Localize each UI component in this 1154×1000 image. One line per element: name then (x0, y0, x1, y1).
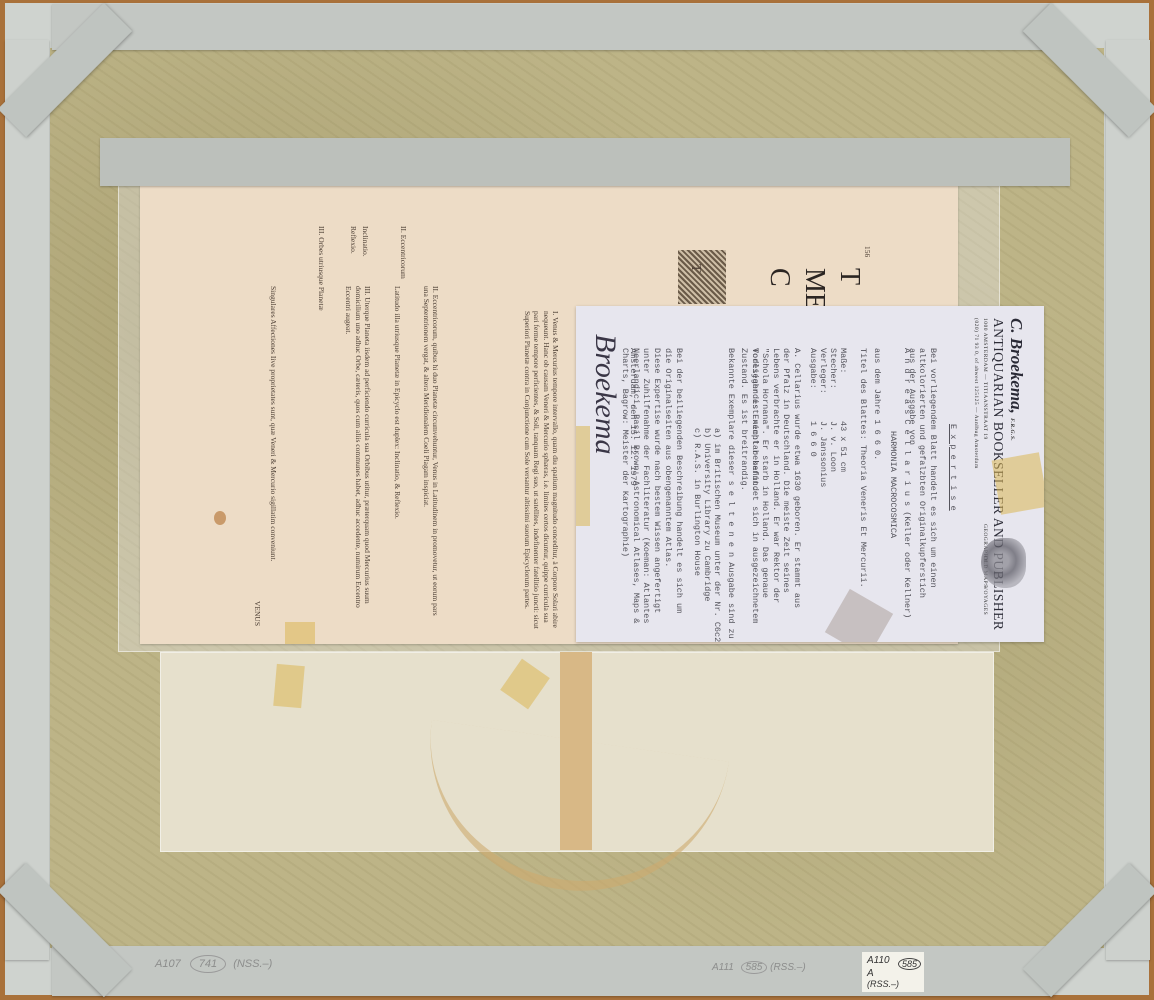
title-line-2: ME (798, 268, 830, 310)
pencil-note-left: A107 741 (NSS.–) (155, 958, 272, 970)
margin-note: II. Eccentricorum (399, 226, 408, 279)
known-copy: c) R.A.S. in Burlington House (692, 428, 703, 576)
title-initial: T (833, 268, 865, 285)
old-tape-fragment (992, 452, 1044, 514)
dealer-suffix: F.R.G.S. (1009, 418, 1015, 441)
pencil-note-circled: 741 (190, 955, 226, 973)
sources: Diese Expertise wurde nach bestem Wissen… (620, 348, 662, 628)
pencil-note-middle: A111 585 (RSS.–) (712, 962, 806, 973)
label-letter: A (867, 968, 874, 979)
old-tape-fragment (273, 664, 305, 708)
detail-value: 1 6 6 0 (808, 421, 819, 457)
expertise-letter: C. Broekema, F.R.G.S. ANTIQUARIAN BOOKSE… (576, 306, 1044, 642)
catchword: VENUS (253, 601, 262, 626)
dealer-logo-icon (981, 538, 1026, 588)
hinge-tape-strip (560, 652, 592, 850)
right-side-tape (1106, 40, 1150, 960)
top-frame-tape (52, 4, 1052, 50)
author-name: A n d r e a s C e l l a r i u s (Keller … (902, 348, 913, 618)
letterhead-phone: (020) 71 93 0, of ahwest 125125 — Aanlbu… (973, 318, 979, 469)
section-2-text: II. Eccentricorum, quibus hi duo Planetæ… (421, 286, 440, 626)
detail-value: J. Janssonius (818, 421, 829, 487)
margin-note: III. Orbes utriusque Planetæ (317, 226, 326, 311)
known-copy: a) im Britischen Museum unter der Nr. C6… (712, 428, 723, 642)
letterhead-dealer-name: C. Broekema, F.R.G.S. (1006, 318, 1026, 441)
pencil-note-text: A111 (712, 962, 734, 973)
tape-shadow (825, 589, 893, 642)
label-code: A110 (867, 955, 890, 966)
publication-year: aus dem Jahre 1 6 6 0. (872, 348, 883, 460)
detail-label: Ausgabe: (808, 348, 819, 389)
signature: Broekema (588, 334, 622, 455)
letter-heading: E x p e r t i s e (948, 424, 959, 511)
decorative-initial: T (691, 264, 700, 273)
margin-note: Reflexio. (349, 226, 358, 254)
stain-spot (214, 511, 226, 525)
picture-frame: 156 T ME C T Comm- I. Venus & Mercurius … (0, 0, 1154, 1000)
pencil-note-text: (RSS.–) (770, 962, 806, 973)
condition: Vorliegendes Exemplar befindet sich in a… (739, 348, 760, 628)
left-side-tape (5, 40, 49, 960)
title-line-3: C (763, 268, 795, 287)
detail-label: Verleger: (818, 348, 829, 394)
place-date: Amsterdam, den 15. 12. 1979 (628, 348, 639, 486)
description-note: Bei der beiliegenden Beschreibung handel… (663, 348, 684, 628)
pencil-note-text: (NSS.–) (233, 958, 272, 970)
atlas-title: HARMONIA MACROCOSMICA (888, 431, 899, 538)
page-number: 156 (863, 246, 872, 257)
pencil-note-text: A107 (155, 958, 181, 970)
section-2-subtext: Latitudo illa utriusque Planetæ in Epicy… (393, 286, 402, 626)
section-3-text: III. Uterque Planeta iisdem ad perficien… (344, 286, 372, 626)
old-tape-fragment (576, 426, 590, 526)
dealer-name: C. Broekema, (1007, 318, 1026, 414)
plate-title: Titel des Blattes: Theoria Veneris Et Me… (858, 348, 869, 588)
detail-label: Stecher: (828, 348, 839, 389)
section-1-text: I. Venus & Mercurius tempore intervallo,… (523, 311, 560, 631)
sleeve-hanging-tape (100, 138, 1070, 186)
old-tape-fragment (285, 622, 315, 644)
pencil-note-circled: 585 (741, 961, 768, 974)
known-copies-intro: Bekannte Exemplare dieser s e l t e n e … (726, 348, 737, 642)
section-4-text: Singulares Affectiones Iive proprietates… (269, 286, 278, 646)
detail-label: Maße: (838, 348, 849, 374)
decorative-initial-block (678, 250, 726, 304)
letterhead-address: 1000 AMSTERDAM — TITIAANSTRAAT 19 (982, 318, 988, 440)
category-voyages: VOYAGES (982, 586, 988, 615)
label-price-code: (RSS.–) (867, 979, 899, 989)
detail-value: 43 x 51 cm (838, 421, 849, 472)
margin-note: Inclinatio. (361, 226, 370, 257)
detail-value: J. v. Loon (828, 421, 839, 472)
known-copy: b) University Library zu Cambridge (702, 428, 713, 601)
label-circled-number: 585 (898, 958, 921, 970)
inventory-label: A110 585 A (RSS.–) (862, 952, 924, 992)
